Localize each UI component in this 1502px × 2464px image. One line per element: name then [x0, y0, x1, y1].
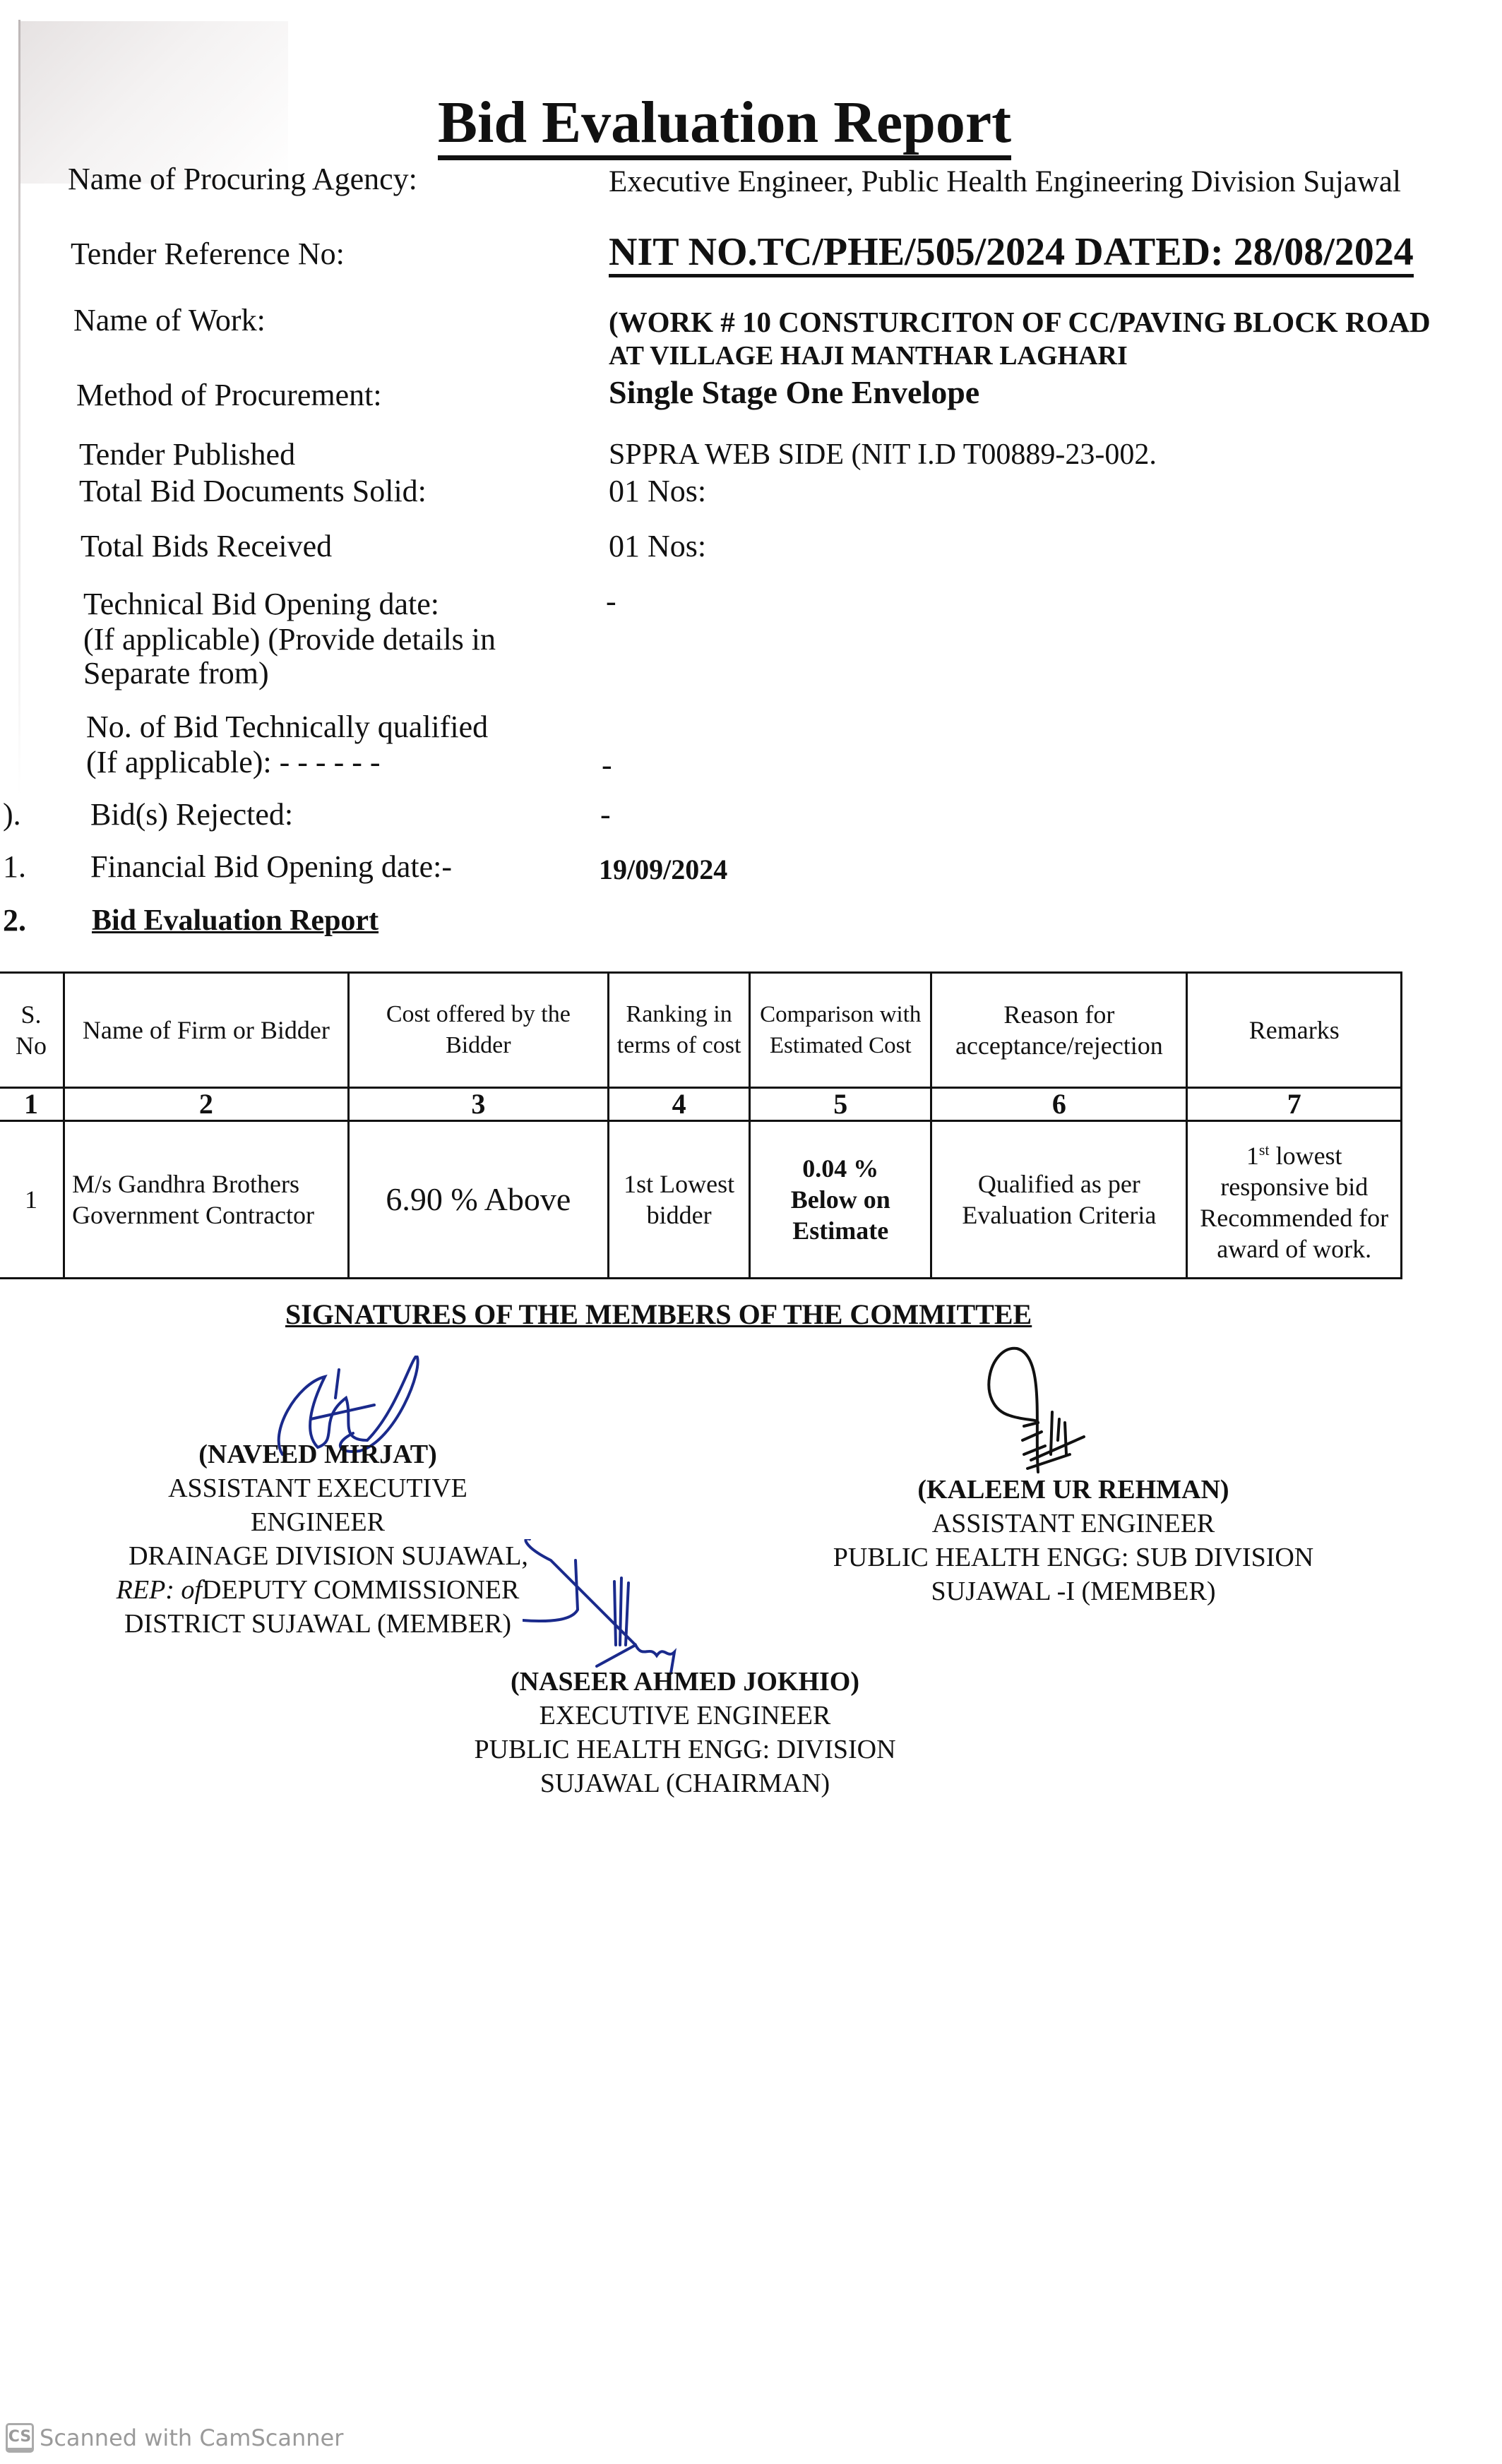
remarks-text: lowest responsive bid Recommended for aw… — [1200, 1142, 1388, 1263]
column-number: 4 — [608, 1088, 749, 1121]
signatory-title: ASSISTANT EXECUTIVE ENGINEER — [106, 1471, 530, 1539]
column-number: 5 — [750, 1088, 931, 1121]
signatory-rep: DEPUTY COMMISSIONER — [202, 1575, 519, 1605]
signatory-name: (NASEER AHMED JOKHIO) — [395, 1665, 974, 1699]
header-firm: Name of Firm or Bidder — [64, 973, 349, 1088]
camscanner-logo-icon: CS — [6, 2423, 34, 2453]
comparison-value: 0.04 % — [758, 1153, 923, 1184]
column-number: 3 — [348, 1088, 608, 1121]
header-reason: Reason for acceptance/rejection — [931, 973, 1187, 1088]
signatory-office: DRAINAGE DIVISION SUJAWAL, — [106, 1539, 530, 1573]
field-label-technically-qualified-2: (If applicable): - - - - - - — [86, 744, 381, 781]
field-label-bids-received: Total Bids Received — [81, 528, 332, 565]
field-label-tender-published: Tender Published — [79, 436, 295, 473]
field-label-financial-opening: Financial Bid Opening date:- — [90, 849, 452, 885]
signatory-title: EXECUTIVE ENGINEER — [395, 1699, 974, 1733]
signatory-title: ASSISTANT ENGINEER — [805, 1507, 1342, 1541]
table-row: 1 M/s Gandhra Brothers Government Contra… — [0, 1121, 1402, 1279]
column-number: 6 — [931, 1088, 1187, 1121]
field-value-bids-received: 01 Nos: — [609, 528, 706, 565]
field-label-method: Method of Procurement: — [76, 377, 382, 414]
signatory-name: (KALEEM UR REHMAN) — [805, 1473, 1342, 1507]
item-number-financial: 1. — [3, 849, 26, 885]
field-value-procuring-agency: Executive Engineer, Public Health Engine… — [609, 164, 1401, 201]
cell-ranking: 1st Lowest bidder — [608, 1121, 749, 1279]
header-sno: S. No — [0, 973, 64, 1088]
camscanner-watermark: CS Scanned with CamScanner — [6, 2423, 343, 2453]
signatory-office: PUBLIC HEALTH ENGG: SUB DIVISION — [805, 1541, 1342, 1574]
field-label-tender-ref: Tender Reference No: — [71, 236, 345, 273]
remarks-ordinal: 1 — [1246, 1142, 1259, 1170]
page-title: Bid Evaluation Report — [438, 90, 1011, 160]
camscanner-text: Scanned with CamScanner — [40, 2424, 343, 2451]
field-value-bid-documents-sold: 01 Nos: — [609, 473, 706, 510]
field-value-name-of-work-line1: (WORK # 10 CONSTURCITON OF CC/PAVING BLO… — [609, 304, 1431, 340]
cell-cost: 6.90 % Above — [348, 1121, 608, 1279]
signatures-heading: SIGNATURES OF THE MEMBERS OF THE COMMITT… — [285, 1298, 1032, 1332]
signatory-role: DISTRICT SUJAWAL (MEMBER) — [106, 1607, 530, 1641]
field-label-bid-documents-sold: Total Bid Documents Solid: — [79, 473, 427, 510]
field-label-bids-rejected: Bid(s) Rejected: — [90, 796, 293, 833]
field-label-name-of-work: Name of Work: — [73, 302, 266, 339]
signatory-rep-prefix: REP: of — [117, 1575, 202, 1605]
bid-evaluation-table: S. No Name of Firm or Bidder Cost offere… — [0, 971, 1402, 1279]
signatory-role: SUJAWAL -I (MEMBER) — [805, 1574, 1342, 1608]
field-value-bids-rejected: - — [600, 796, 611, 833]
signatory-role: SUJAWAL (CHAIRMAN) — [395, 1766, 974, 1800]
paper-edge — [18, 20, 20, 796]
field-label-technical-opening-1: Technical Bid Opening date: — [83, 586, 439, 623]
cell-sno: 1 — [0, 1121, 64, 1279]
table-header-row: S. No Name of Firm or Bidder Cost offere… — [0, 973, 1402, 1088]
item-number-rejected: ). — [3, 796, 21, 833]
signatory-naseer-ahmed-jokhio: (NASEER AHMED JOKHIO) EXECUTIVE ENGINEER… — [395, 1665, 974, 1800]
column-number: 7 — [1187, 1088, 1402, 1121]
signatory-name: (NAVEED MIRJAT) — [106, 1437, 530, 1471]
header-remarks: Remarks — [1187, 973, 1402, 1088]
field-value-technically-qualified: - — [602, 747, 612, 784]
field-value-tender-ref: NIT NO.TC/PHE/505/2024 DATED: 28/08/2024 — [609, 230, 1414, 277]
table-column-number-row: 1 2 3 4 5 6 7 — [0, 1088, 1402, 1121]
signatory-naveed-mirjat: (NAVEED MIRJAT) ASSISTANT EXECUTIVE ENGI… — [106, 1437, 530, 1641]
field-value-name-of-work-line2: AT VILLAGE HAJI MANTHAR LAGHARI — [609, 337, 1128, 374]
remarks-ordinal-suffix: st — [1259, 1141, 1270, 1159]
paper-shadow — [20, 21, 288, 184]
header-comparison: Comparison with Estimated Cost — [750, 973, 931, 1088]
cell-reason: Qualified as per Evaluation Criteria — [931, 1121, 1187, 1279]
column-number: 1 — [0, 1088, 64, 1121]
signature-kaleem-ur-rehman — [967, 1341, 1109, 1483]
signatory-kaleem-ur-rehman: (KALEEM UR REHMAN) ASSISTANT ENGINEER PU… — [805, 1473, 1342, 1608]
field-label-technically-qualified-1: No. of Bid Technically qualified — [86, 709, 488, 746]
cell-remarks: 1st lowest responsive bid Recommended fo… — [1187, 1121, 1402, 1279]
field-value-technical-opening: - — [606, 583, 616, 620]
field-label-technical-opening-3: Separate from) — [83, 655, 269, 692]
field-value-method: Single Stage One Envelope — [609, 374, 979, 411]
field-value-financial-opening: 19/09/2024 — [599, 851, 727, 888]
comparison-text: Below on Estimate — [758, 1184, 923, 1246]
cell-comparison: 0.04 % Below on Estimate — [750, 1121, 931, 1279]
cell-firm: M/s Gandhra Brothers Government Contract… — [64, 1121, 349, 1279]
signatory-office: PUBLIC HEALTH ENGG: DIVISION — [395, 1733, 974, 1766]
field-value-tender-published: SPPRA WEB SIDE (NIT I.D T00889-23-002. — [609, 436, 1157, 473]
column-number: 2 — [64, 1088, 349, 1121]
field-label-procuring-agency: Name of Procuring Agency: — [68, 161, 417, 198]
header-ranking: Ranking in terms of cost — [608, 973, 749, 1088]
section-title-bid-evaluation: Bid Evaluation Report — [92, 902, 379, 939]
item-number-section: 2. — [3, 902, 26, 939]
field-label-technical-opening-2: (If applicable) (Provide details in — [83, 621, 496, 658]
header-cost: Cost offered by the Bidder — [348, 973, 608, 1088]
